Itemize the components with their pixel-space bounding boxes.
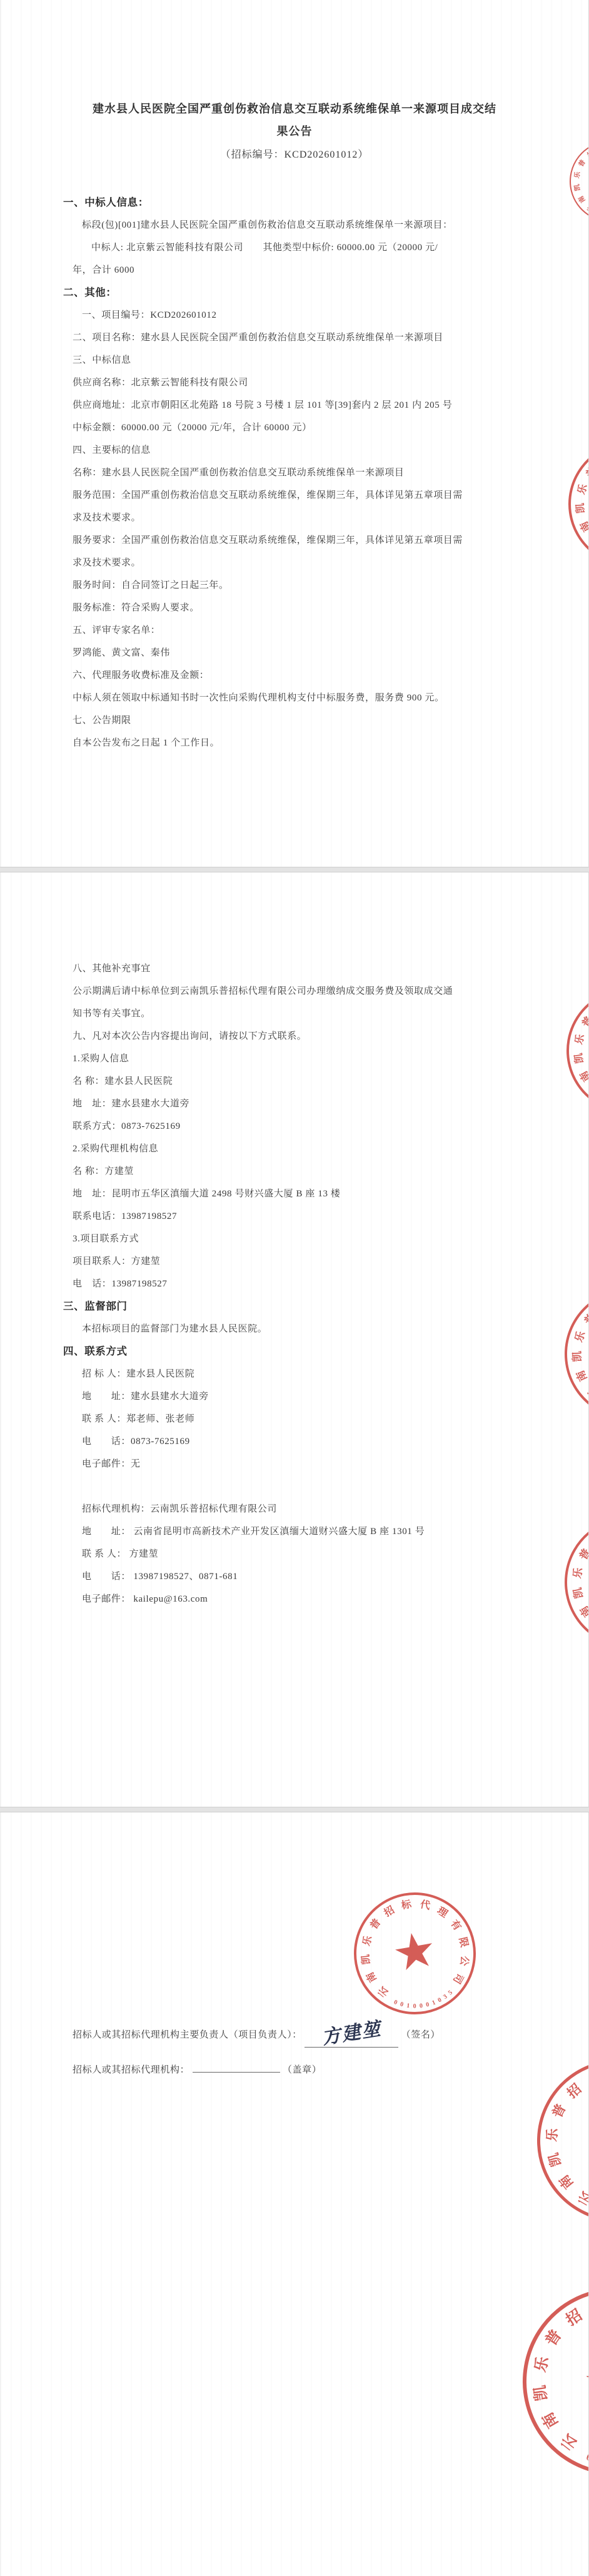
text-line: 求及技术要求。: [73, 507, 532, 529]
text-line: 联系电话：13987198527: [73, 1205, 532, 1228]
seal-company-char: 招: [561, 2303, 586, 2330]
seal-company-char: 南: [536, 2408, 563, 2433]
text-line: 自本公告发布之日起 1 个工作日。: [73, 732, 532, 754]
text-line: 地 址：建水县建水大道旁: [73, 1093, 532, 1115]
seal-company-char: 乐: [528, 2354, 553, 2374]
star-icon: ★: [575, 2335, 589, 2422]
text-line: 2.采购代理机构信息: [73, 1138, 532, 1160]
text-line: 电子邮件：无: [82, 1453, 532, 1475]
seal-company-char: 南: [554, 2171, 578, 2194]
text-line: 四、联系方式: [63, 1340, 532, 1363]
seal-company-char: 云: [556, 2429, 581, 2456]
signature-line2-suffix: （盖章）: [283, 2065, 321, 2075]
text-line: 一、项目编号：KCD202601012: [82, 304, 532, 326]
text-line: [73, 1475, 532, 1498]
text-line: 名 称：方建堃: [73, 1160, 532, 1183]
text-line: 中标金额：60000.00 元（20000 元/年，合计 60000 元）: [73, 417, 532, 439]
signature-block: 招标人或其招标代理机构主要负责人（项目负责人）： 方建堃 （签名） 招标人或其招…: [73, 1812, 588, 2083]
seal-company-char: 云: [574, 2187, 589, 2211]
signature-line2-label: 招标人或其招标代理机构：: [73, 2065, 189, 2075]
handwritten-signature: 方建堃: [305, 2019, 398, 2048]
text-line: 服务标准：符合采购人要求。: [73, 597, 532, 619]
text-line: 八、其他补充事宜: [73, 957, 532, 980]
document-page-1: 建水县人民医院全国严重创伤救治信息交互联动系统维保单一来源项目成交结 果公告 （…: [0, 0, 589, 867]
signature-line1-label: 招标人或其招标代理机构主要负责人（项目负责人）：: [73, 2030, 302, 2040]
text-line: 联 系 人： 方建堃: [82, 1543, 532, 1565]
text-line: 五、评审专家名单：: [73, 619, 532, 642]
text-line: 1.采购人信息: [73, 1048, 532, 1070]
seal-company-char: 凯: [572, 183, 583, 191]
document-title-block: 建水县人民医院全国严重创伤救治信息交互联动系统维保单一来源项目成交结 果公告 （…: [1, 0, 588, 166]
text-line: 九、凡对本次公告内容提出询问，请按以下方式联系。: [73, 1025, 532, 1048]
text-line: 六、代理服务收费标准及金额：: [73, 664, 532, 687]
seal-company-char: 凯: [528, 2384, 551, 2403]
text-line: 服务时间：自合同签订之日起三年。: [73, 574, 532, 597]
text-line: 中标人须在领取中标通知书时一次性向采购代理机构支付中标服务费，服务费 900 元…: [73, 687, 532, 709]
text-line: 二、其他：: [63, 281, 532, 304]
seal-company-char: 乐: [541, 2128, 561, 2143]
seal-company-char: 普: [546, 2100, 570, 2121]
text-line: 二、项目名称：建水县人民医院全国严重创伤救治信息交互联动系统维保单一来源项目: [73, 326, 532, 349]
text-line: 本招标项目的监督部门为建水县人民医院。: [82, 1318, 532, 1340]
page-title: 建水县人民医院全国严重创伤救治信息交互联动系统维保单一来源项目成交结: [1, 98, 588, 120]
text-line: 三、中标信息: [73, 349, 532, 371]
seal-company-char: 乐: [572, 171, 583, 179]
signature-line-1: 招标人或其招标代理机构主要负责人（项目负责人）： 方建堃 （签名）: [73, 2019, 588, 2048]
document-page-3: 招标人或其招标代理机构主要负责人（项目负责人）： 方建堃 （签名） 招标人或其招…: [0, 1812, 589, 2576]
star-icon: ★: [579, 2098, 589, 2179]
text-line: 地 址： 云南省昆明市高新技术产业开发区滇缅大道财兴盛大厦 B 座 1301 号: [82, 1520, 532, 1543]
page-separator: [0, 1807, 589, 1812]
text-line: 一、中标人信息：: [63, 191, 532, 214]
text-line: 地 址：昆明市五华区滇缅大道 2498 号财兴盛大厦 B 座 13 楼: [73, 1183, 532, 1205]
text-line: 招标代理机构：云南凯乐普招标代理有限公司: [82, 1498, 532, 1520]
text-line: 七、公告期限: [73, 709, 532, 732]
text-line: 求及技术要求。: [73, 552, 532, 574]
page-title-line2: 果公告: [1, 120, 588, 143]
seal-number-digit: 0: [585, 2452, 589, 2464]
text-line: 三、监督部门: [63, 1295, 532, 1318]
text-line: 供应商地址：北京市朝阳区北苑路 18 号院 3 号楼 1 层 101 等[39]…: [73, 394, 532, 417]
text-line: 地 址：建水县建水大道旁: [82, 1385, 532, 1408]
seal-company-char: 凯: [543, 2151, 565, 2169]
signature-line1-suffix: （签名）: [401, 2030, 440, 2040]
text-line: 名 称：建水县人民医院: [73, 1070, 532, 1093]
text-line: 项目联系人：方建堃: [73, 1250, 532, 1273]
seal-fragment: ★云南凯乐普招标代理有限公司5301000100: [505, 2270, 589, 2493]
signature-line-2: 招标人或其招标代理机构： （盖章）: [73, 2058, 588, 2083]
document-page-2: 八、其他补充事宜公示期满后请中标单位到云南凯乐普招标代理有限公司办理缴纳成交服务…: [0, 872, 589, 1807]
text-line: 年，合计 6000: [73, 259, 532, 281]
text-line: 名称：建水县人民医院全国严重创伤救治信息交互联动系统维保单一来源项目: [73, 462, 532, 484]
bid-number: （招标编号：KCD202601012）: [1, 144, 588, 166]
text-line: 知书等有关事宜。: [73, 1003, 532, 1025]
text-line: 供应商名称：北京紫云智能科技有限公司: [73, 371, 532, 394]
text-line: 公示期满后请中标单位到云南凯乐普招标代理有限公司办理缴纳成交服务费及领取成交通: [73, 980, 532, 1003]
text-line: 四、主要标的信息: [73, 439, 532, 462]
text-line: 联 系 人：郑老师、张老师: [82, 1408, 532, 1430]
text-line: 罗鸿能、黄文富、秦伟: [73, 642, 532, 664]
text-line: 中标人: 北京紫云智能科技有限公司 其他类型中标价: 60000.00 元（20…: [91, 236, 532, 259]
text-line: 3.项目联系方式: [73, 1228, 532, 1250]
text-line: 电子邮件： kailepu@163.com: [82, 1588, 532, 1610]
text-line: 服务要求：全国严重创伤救治信息交互联动系统维保，维保期三年，具体详见第五章项目需: [73, 529, 532, 552]
page1-content: 一、中标人信息：标段(包)[001]建水县人民医院全国严重创伤救治信息交互联动系…: [1, 191, 588, 754]
page-separator: [0, 867, 589, 872]
seal-company-char: 普: [539, 2325, 566, 2350]
text-line: 电 话：13987198527: [73, 1273, 532, 1295]
text-line: 招 标 人：建水县人民医院: [82, 1363, 532, 1385]
text-line: 服务范围：全国严重创伤救治信息交互联动系统维保，维保期三年，具体详见第五章项目需: [73, 484, 532, 507]
text-line: 标段(包)[001]建水县人民医院全国严重创伤救治信息交互联动系统维保单一来源项…: [82, 214, 532, 236]
text-line: 电 话： 13987198527、0871-681: [82, 1565, 532, 1588]
page2-content: 八、其他补充事宜公示期满后请中标单位到云南凯乐普招标代理有限公司办理缴纳成交服务…: [1, 872, 588, 1610]
text-line: 电 话：0873-7625169: [82, 1430, 532, 1453]
text-line: 联系方式：0873-7625169: [73, 1115, 532, 1138]
stamp-underline: [193, 2063, 280, 2073]
